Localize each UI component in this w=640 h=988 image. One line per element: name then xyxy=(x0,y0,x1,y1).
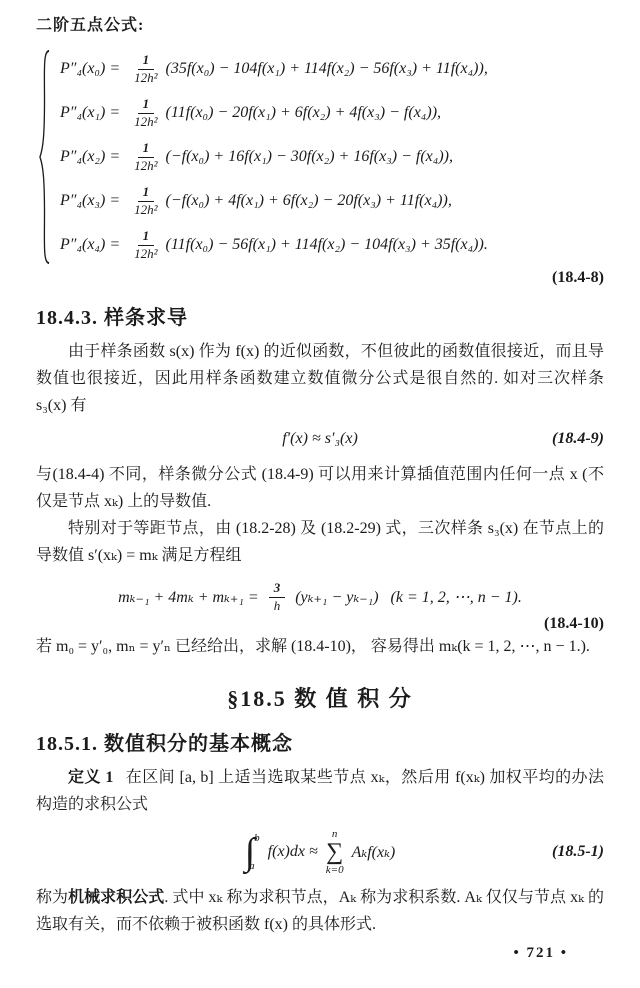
formula-body: f′(x) ≈ s′₃(x) xyxy=(282,430,358,448)
fraction: 3h xyxy=(269,580,286,614)
equation-row-0: P″₄(x₀) = 112h² (35f(x₀) − 104f(x₁) + 11… xyxy=(60,47,604,91)
equation-number-18-4-10: (18.4-10) xyxy=(36,615,604,633)
page-number: • 721 • xyxy=(513,945,568,962)
fraction-numerator: 3 xyxy=(269,580,286,597)
five-point-equation-system: P″₄(x₀) = 112h² (35f(x₀) − 104f(x₁) + 11… xyxy=(36,47,604,267)
summation-glyph: ∑ xyxy=(326,840,343,864)
subsection-heading-18-5-1: 18.5.1. 数值积分的基本概念 xyxy=(36,727,604,756)
definition-label: 定义 1 xyxy=(68,769,113,786)
paragraph-spline-intro: 由于样条函数 s(x) 作为 f(x) 的近似函数，不但彼此的函数值很接近，而且… xyxy=(36,338,604,419)
fraction-numerator: 1 xyxy=(138,52,155,69)
fraction: 112h² xyxy=(132,52,159,86)
equation-rhs: (−f(x₀) + 16f(x₁) − 30f(x₂) + 16f(x₃) − … xyxy=(166,148,453,166)
fraction-denominator: 12h² xyxy=(132,70,159,86)
equation-row-4: P″₄(x₄) = 112h² (11f(x₀) − 56f(x₁) + 114… xyxy=(60,223,604,267)
formula-rhs: (yₖ₊₁ − yₖ₋₁) (k = 1, 2, ⋯, n − 1). xyxy=(291,587,522,607)
integrand: f(x)dx ≈ xyxy=(268,843,318,861)
summand: Aₖf(xₖ) xyxy=(352,842,396,862)
equation-lhs: P″₄(x₄) = xyxy=(60,236,120,254)
fraction-numerator: 1 xyxy=(138,228,155,245)
integral-lower-limit: a xyxy=(249,860,255,872)
equation-number-18-5-1: (18.5-1) xyxy=(552,843,604,861)
formula-lhs: mₖ₋₁ + 4mₖ + mₖ₊₁ = xyxy=(118,587,263,607)
equation-rhs: (35f(x₀) − 104f(x₁) + 114f(x₂) − 56f(x₃)… xyxy=(166,60,488,78)
equation-number-18-4-9: (18.4-9) xyxy=(552,430,604,448)
fraction: 112h² xyxy=(132,140,159,174)
fraction: 112h² xyxy=(132,184,159,218)
left-brace-glyph xyxy=(38,48,51,266)
closing-prefix: 称为 xyxy=(36,889,68,906)
equation-row-2: P″₄(x₂) = 112h² (−f(x₀) + 16f(x₁) − 30f(… xyxy=(60,135,604,179)
paragraph-mechanical-quadrature: 称为机械求积公式. 式中 xₖ 称为求积节点，Aₖ 称为求积系数. Aₖ 仅仅与… xyxy=(36,884,604,938)
fraction-denominator: 12h² xyxy=(132,246,159,262)
equation-lhs: P″₄(x₂) = xyxy=(60,148,120,166)
equation-lhs: P″₄(x₁) = xyxy=(60,104,120,122)
summation-sign: n∑k=0 xyxy=(326,828,344,876)
formula-18-4-10: mₖ₋₁ + 4mₖ + mₖ₊₁ = 3h (yₖ₊₁ − yₖ₋₁) (k … xyxy=(36,579,604,615)
intro-label: 二阶五点公式: xyxy=(36,12,604,35)
equation-rhs: (11f(x₀) − 56f(x₁) + 114f(x₂) − 104f(x₃)… xyxy=(166,236,488,254)
term-mechanical-quadrature: 机械求积公式 xyxy=(68,889,164,906)
fraction-numerator: 1 xyxy=(138,184,155,201)
equation-row-1: P″₄(x₁) = 112h² (11f(x₀) − 20f(x₁) + 6f(… xyxy=(60,91,604,135)
integral-upper-limit: b xyxy=(254,832,260,844)
integral-sign: ∫ba xyxy=(245,832,266,872)
fraction-denominator: 12h² xyxy=(132,114,159,130)
paragraph-definition-1: 定义 1在区间 [a, b] 上适当选取某些节点 xₖ，然后用 f(xₖ) 加权… xyxy=(36,764,604,818)
fraction-numerator: 1 xyxy=(138,96,155,113)
left-brace xyxy=(38,47,51,267)
formula-18-5-1: ∫ba f(x)dx ≈ n∑k=0 Aₖf(xₖ) (18.5-1) xyxy=(36,828,604,876)
definition-text: 在区间 [a, b] 上适当选取某些节点 xₖ，然后用 f(xₖ) 加权平均的办… xyxy=(36,769,604,813)
equation-row-3: P″₄(x₃) = 112h² (−f(x₀) + 4f(x₁) + 6f(x₂… xyxy=(60,179,604,223)
scanned-textbook-page: 二阶五点公式: P″₄(x₀) = 112h² (35f(x₀) − 104f(… xyxy=(0,0,640,988)
section-heading-18-5: §18.5 数 值 积 分 xyxy=(36,682,604,713)
paragraph-equidistant-nodes: 特别对于等距节点，由 (18.2-28) 及 (18.2-29) 式，三次样条 … xyxy=(36,515,604,569)
summation-lower-limit: k=0 xyxy=(326,864,344,876)
paragraph-spline-usage: 与(18.4-4) 不同，样条微分公式 (18.4-9) 可以用来计算插值范围内… xyxy=(36,461,604,515)
equation-rows: P″₄(x₀) = 112h² (35f(x₀) − 104f(x₁) + 11… xyxy=(60,47,604,267)
equation-lhs: P″₄(x₃) = xyxy=(60,192,120,210)
fraction-denominator: 12h² xyxy=(132,202,159,218)
equation-number-18-4-8: (18.4-8) xyxy=(36,269,604,287)
fraction-numerator: 1 xyxy=(138,140,155,157)
fraction: 112h² xyxy=(132,96,159,130)
equation-rhs: (11f(x₀) − 20f(x₁) + 6f(x₂) + 4f(x₃) − f… xyxy=(166,104,441,122)
formula-18-4-9: f′(x) ≈ s′₃(x) (18.4-9) xyxy=(36,425,604,453)
integral-limits: ba xyxy=(254,832,260,872)
fraction-denominator: 12h² xyxy=(132,158,159,174)
fraction: 112h² xyxy=(132,228,159,262)
equation-rhs: (−f(x₀) + 4f(x₁) + 6f(x₂) − 20f(x₃) + 11… xyxy=(166,192,452,210)
subsection-heading-18-4-3: 18.4.3. 样条求导 xyxy=(36,301,604,330)
paragraph-solve-system: 若 m₀ = y′₀, mₙ = y′ₙ 已经给出，求解 (18.4-10)， … xyxy=(36,633,604,660)
equation-lhs: P″₄(x₀) = xyxy=(60,60,120,78)
fraction-denominator: h xyxy=(272,598,283,614)
